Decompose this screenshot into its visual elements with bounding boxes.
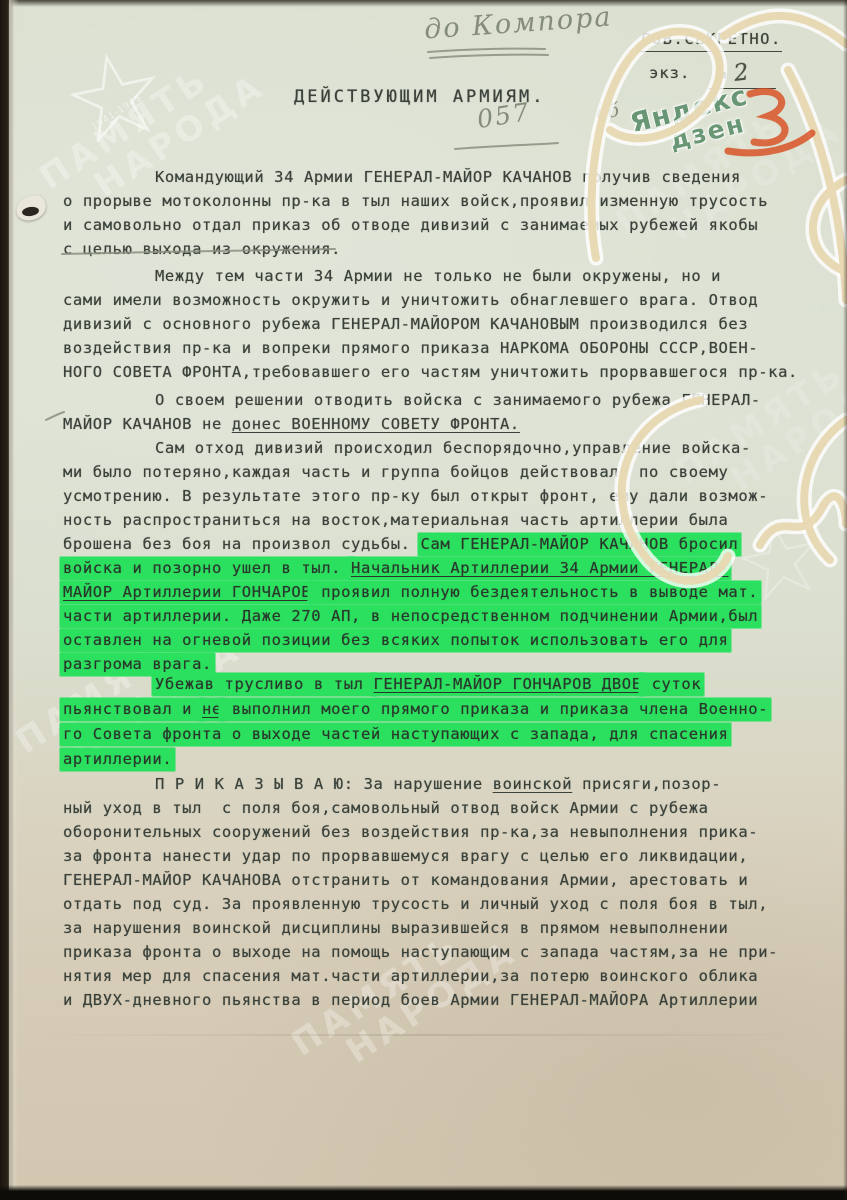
text-segment: ный уход в тыл с поля боя,самовольный от… [63,799,709,817]
text-segment: брошена без боя на произвол судьбы. [63,535,421,553]
paragraph: Командующий 34 Армии ГЕНЕРАЛ-МАЙОР КАЧАН… [63,165,847,261]
text-line: МАЙОР Артиллерии ГОНЧАРОВ проявил полную… [63,580,847,604]
text-segment: воинской [493,775,572,793]
highlighted-text: пьянствовал и [60,698,205,721]
text-line: О своем решении отводить войска с занима… [63,388,847,412]
text-segment: о прорыве мотоколонны пр-ка в тыл наших … [63,192,768,210]
text-line: артиллерии. [63,747,847,772]
text-line: го Совета фронта о выходе частей наступа… [63,722,847,747]
text-segment: ми было потеряно,каждая часть и группа б… [63,463,728,481]
highlighted-text: Сам ГЕНЕРАЛ-МАЙОР КАЧАНОВ бросил [418,533,742,556]
text-line: с целью выхода из окружения. [63,237,847,261]
scan-edge-right [843,0,847,1200]
text-segment: и самовольно отдал приказ об отводе диви… [63,216,758,234]
text-segment: Сам отход дивизий происходил беспорядочн… [155,439,751,457]
text-line: оборонительных сооружений без воздействи… [63,820,847,844]
text-segment: Между тем части 34 Армии не только не бы… [155,267,721,285]
highlighted-text: проявил полную бездеятельность в выводе … [308,581,761,604]
text-line: войска и позорно ушел в тыл. Начальник А… [63,556,847,580]
paragraph: Сам отход дивизий происходил беспорядочн… [63,436,847,676]
scan-edge-bottom [0,1185,847,1200]
text-line: ми было потеряно,каждая часть и группа б… [63,460,847,484]
text-line: ность распространиться на восток,материа… [63,508,847,532]
text-line: приказа фронта о выходе на помощь наступ… [63,940,847,964]
text-line: усмотрению. В результате этого пр-ку был… [63,484,847,508]
highlighted-text: суток [639,673,705,696]
text-line: за нарушения воинской дисциплины выразив… [63,916,847,940]
torn-paper-edge [9,0,19,1200]
text-segment: П Р И К А З Ы В А Ю: За нарушение [155,775,493,793]
text-line: ный уход в тыл с поля боя,самовольный от… [63,796,847,820]
highlighted-text: войска и позорно ушел в тыл. [60,557,354,580]
text-segment: МАЙОР КАЧАНОВ не [63,415,232,433]
text-segment: О своем решении отводить войска с занима… [155,391,761,409]
text-line: пьянствовал и не выполнил моего прямого … [63,697,847,722]
text-line: нятия мер для спасения мат.части артилле… [63,964,847,988]
highlighted-text: го Совета фронта о выходе частей наступа… [60,723,731,746]
text-segment: за нарушения воинской дисциплины выразив… [63,919,728,937]
highlighted-text: ГЕНЕРАЛ-МАЙОР ГОНЧАРОВ ДВОЕ [371,673,645,696]
text-segment: ность распространиться на восток,материа… [63,511,728,529]
text-segment: воздействия пр-ка и вопреки прямого прик… [63,339,758,357]
text-line: воздействия пр-ка и вопреки прямого прик… [63,336,847,360]
text-line: оставлен на огневой позиции без всяких п… [63,628,847,652]
text-line: дивизий с основного рубежа ГЕНЕРАЛ-МАЙОР… [63,312,847,336]
text-segment: ГЕНЕРАЛ-МАЙОР КАЧАНОВА отстранить от ком… [63,871,748,889]
paragraph: О своем решении отводить войска с занима… [63,388,847,436]
text-line: и ДВУХ-дневного пьянства в период боев А… [63,988,847,1012]
highlighted-text: части артиллерии. Даже 270 АП, в непосре… [60,605,761,628]
text-line: Командующий 34 Армии ГЕНЕРАЛ-МАЙОР КАЧАН… [63,165,847,189]
highlighted-text: оставлен на огневой позиции без всяких п… [60,629,731,652]
text-segment: сами имели возможность окружить и уничто… [63,291,758,309]
paragraph: Между тем части 34 Армии не только не бы… [63,264,847,384]
text-line: МАЙОР КАЧАНОВ не донес ВОЕННОМУ СОВЕТУ Ф… [63,412,847,436]
text-line: и самовольно отдал приказ об отводе диви… [63,213,847,237]
text-line: ГЕНЕРАЛ-МАЙОР КАЧАНОВА отстранить от ком… [63,868,847,892]
text-line: Убежав трусливо в тыл ГЕНЕРАЛ-МАЙОР ГОНЧ… [63,672,847,697]
text-segment: НОГО СОВЕТА ФРОНТА,требовавшего его част… [63,363,798,381]
text-line: брошена без боя на произвол судьбы. Сам … [63,532,847,556]
paragraph: П Р И К А З Ы В А Ю: За нарушение воинск… [63,772,847,1012]
text-segment: усмотрению. В результате этого пр-ку был… [63,487,768,505]
text-segment: отдать под суд. За проявленную трусость … [63,895,768,913]
text-line: за фронта нанести удар по прорвавшемуся … [63,844,847,868]
text-segment: за фронта нанести удар по прорвавшемуся … [63,847,748,865]
text-segment: нятия мер для спасения мат.части артилле… [63,967,758,985]
text-line: отдать под суд. За проявленную трусость … [63,892,847,916]
text-line: НОГО СОВЕТА ФРОНТА,требовавшего его част… [63,360,847,384]
text-line: сами имели возможность окружить и уничто… [63,288,847,312]
scan-edge-top [0,0,847,7]
text-segment: и ДВУХ-дневного пьянства в период боев А… [63,991,758,1009]
highlighted-text: артиллерии. [60,748,175,771]
text-segment: присяги,позор- [572,775,721,793]
text-segment: донес ВОЕННОМУ СОВЕТУ ФРОНТА. [232,415,520,433]
text-line: Между тем части 34 Армии не только не бы… [63,264,847,288]
highlighted-text: МАЙОР Артиллерии ГОНЧАРОВ [60,581,314,604]
text-segment: с целью выхода из окружения. [63,240,341,258]
text-line: Сам отход дивизий происходил беспорядочн… [63,436,847,460]
text-segment: оборонительных сооружений без воздействи… [63,823,758,841]
scanned-document-page: ПАМЯТЬ НАРОДА ПАМЯТЬ НАРОДА ПАМЯТЬ НАРОД… [0,0,847,1200]
text-line: о прорыве мотоколонны пр-ка в тыл наших … [63,189,847,213]
text-segment: приказа фронта о выходе на помощь наступ… [63,943,778,961]
document-body: Командующий 34 Армии ГЕНЕРАЛ-МАЙОР КАЧАН… [0,0,847,1200]
text-segment: Командующий 34 Армии ГЕНЕРАЛ-МАЙОР КАЧАН… [155,168,741,186]
highlighted-text: Убежав трусливо в тыл [152,673,377,696]
highlighted-text: выполнил моего прямого приказа и приказа… [219,698,771,721]
text-line: части артиллерии. Даже 270 АП, в непосре… [63,604,847,628]
text-line: П Р И К А З Ы В А Ю: За нарушение воинск… [63,772,847,796]
highlighted-text: Начальник Артиллерии 34 Армии ГЕНЕРАЛ- [348,557,731,580]
paragraph: Убежав трусливо в тыл ГЕНЕРАЛ-МАЙОР ГОНЧ… [63,672,847,772]
paper-crease [30,1034,810,1036]
text-segment: дивизий с основного рубежа ГЕНЕРАЛ-МАЙОР… [63,315,748,333]
